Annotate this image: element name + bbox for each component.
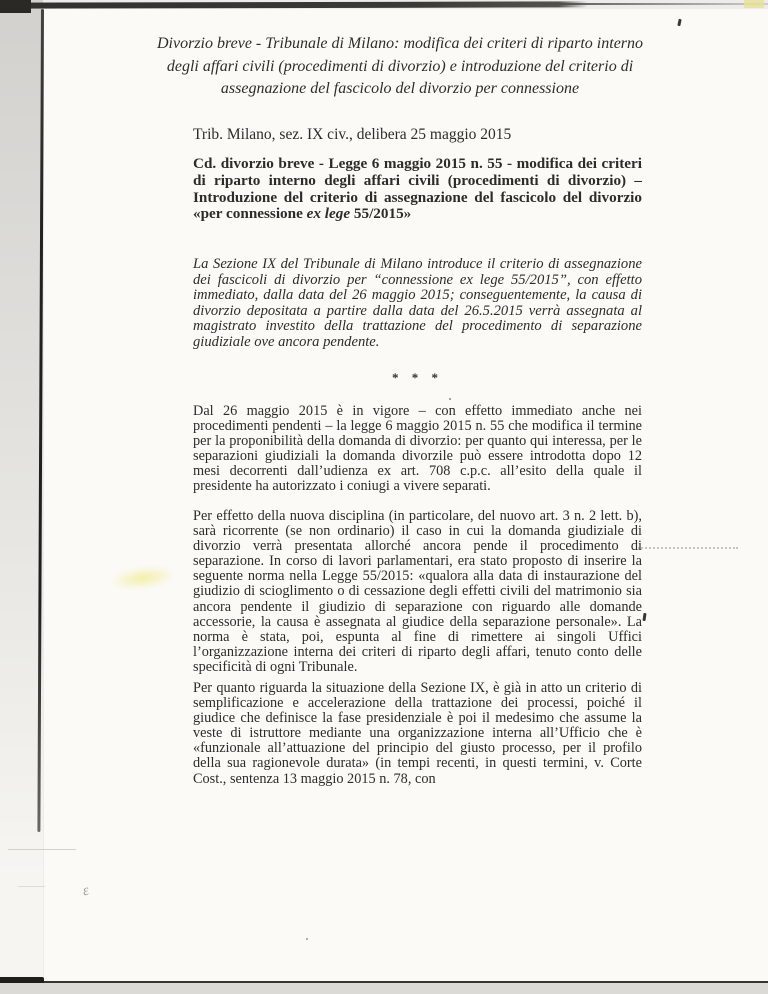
pencil-line <box>8 849 76 850</box>
scan-margin-strip <box>0 0 43 994</box>
section-separator: * * * <box>193 370 642 386</box>
body-paragraph: Per effetto della nuova disciplina (in p… <box>193 509 642 675</box>
document-headline: Cd. divorzio breve - Legge 6 maggio 2015… <box>193 156 642 223</box>
ink-speck <box>306 938 308 940</box>
body-paragraph: Dal 26 maggio 2015 è in vigore – con eff… <box>193 404 642 495</box>
headline-text: Cd. divorzio breve - Legge 6 maggio 2015… <box>193 155 642 222</box>
scan-dashed-artifact <box>638 547 738 549</box>
headline-emphasis: ex lege <box>307 205 350 222</box>
scan-corner-mark-topleft <box>0 0 31 13</box>
pencil-line <box>18 886 45 887</box>
abstract-paragraph: La Sezione IX del Tribunale di Milano in… <box>193 257 642 350</box>
page-edge-shadow-top-thin <box>540 3 768 5</box>
headline-text: 55/2015» <box>350 205 411 222</box>
body-paragraph: Per quanto riguarda la situazione della … <box>193 681 642 787</box>
document-title: Divorzio breve - Tribunale di Milano: mo… <box>150 33 650 101</box>
scan-margin-strip-bottom <box>0 983 768 994</box>
highlighter-speck <box>744 0 764 8</box>
case-reference: Trib. Milano, sez. IX civ., delibera 25 … <box>193 126 653 144</box>
ink-speck <box>449 398 451 400</box>
page-edge-shadow-top <box>0 1 588 8</box>
